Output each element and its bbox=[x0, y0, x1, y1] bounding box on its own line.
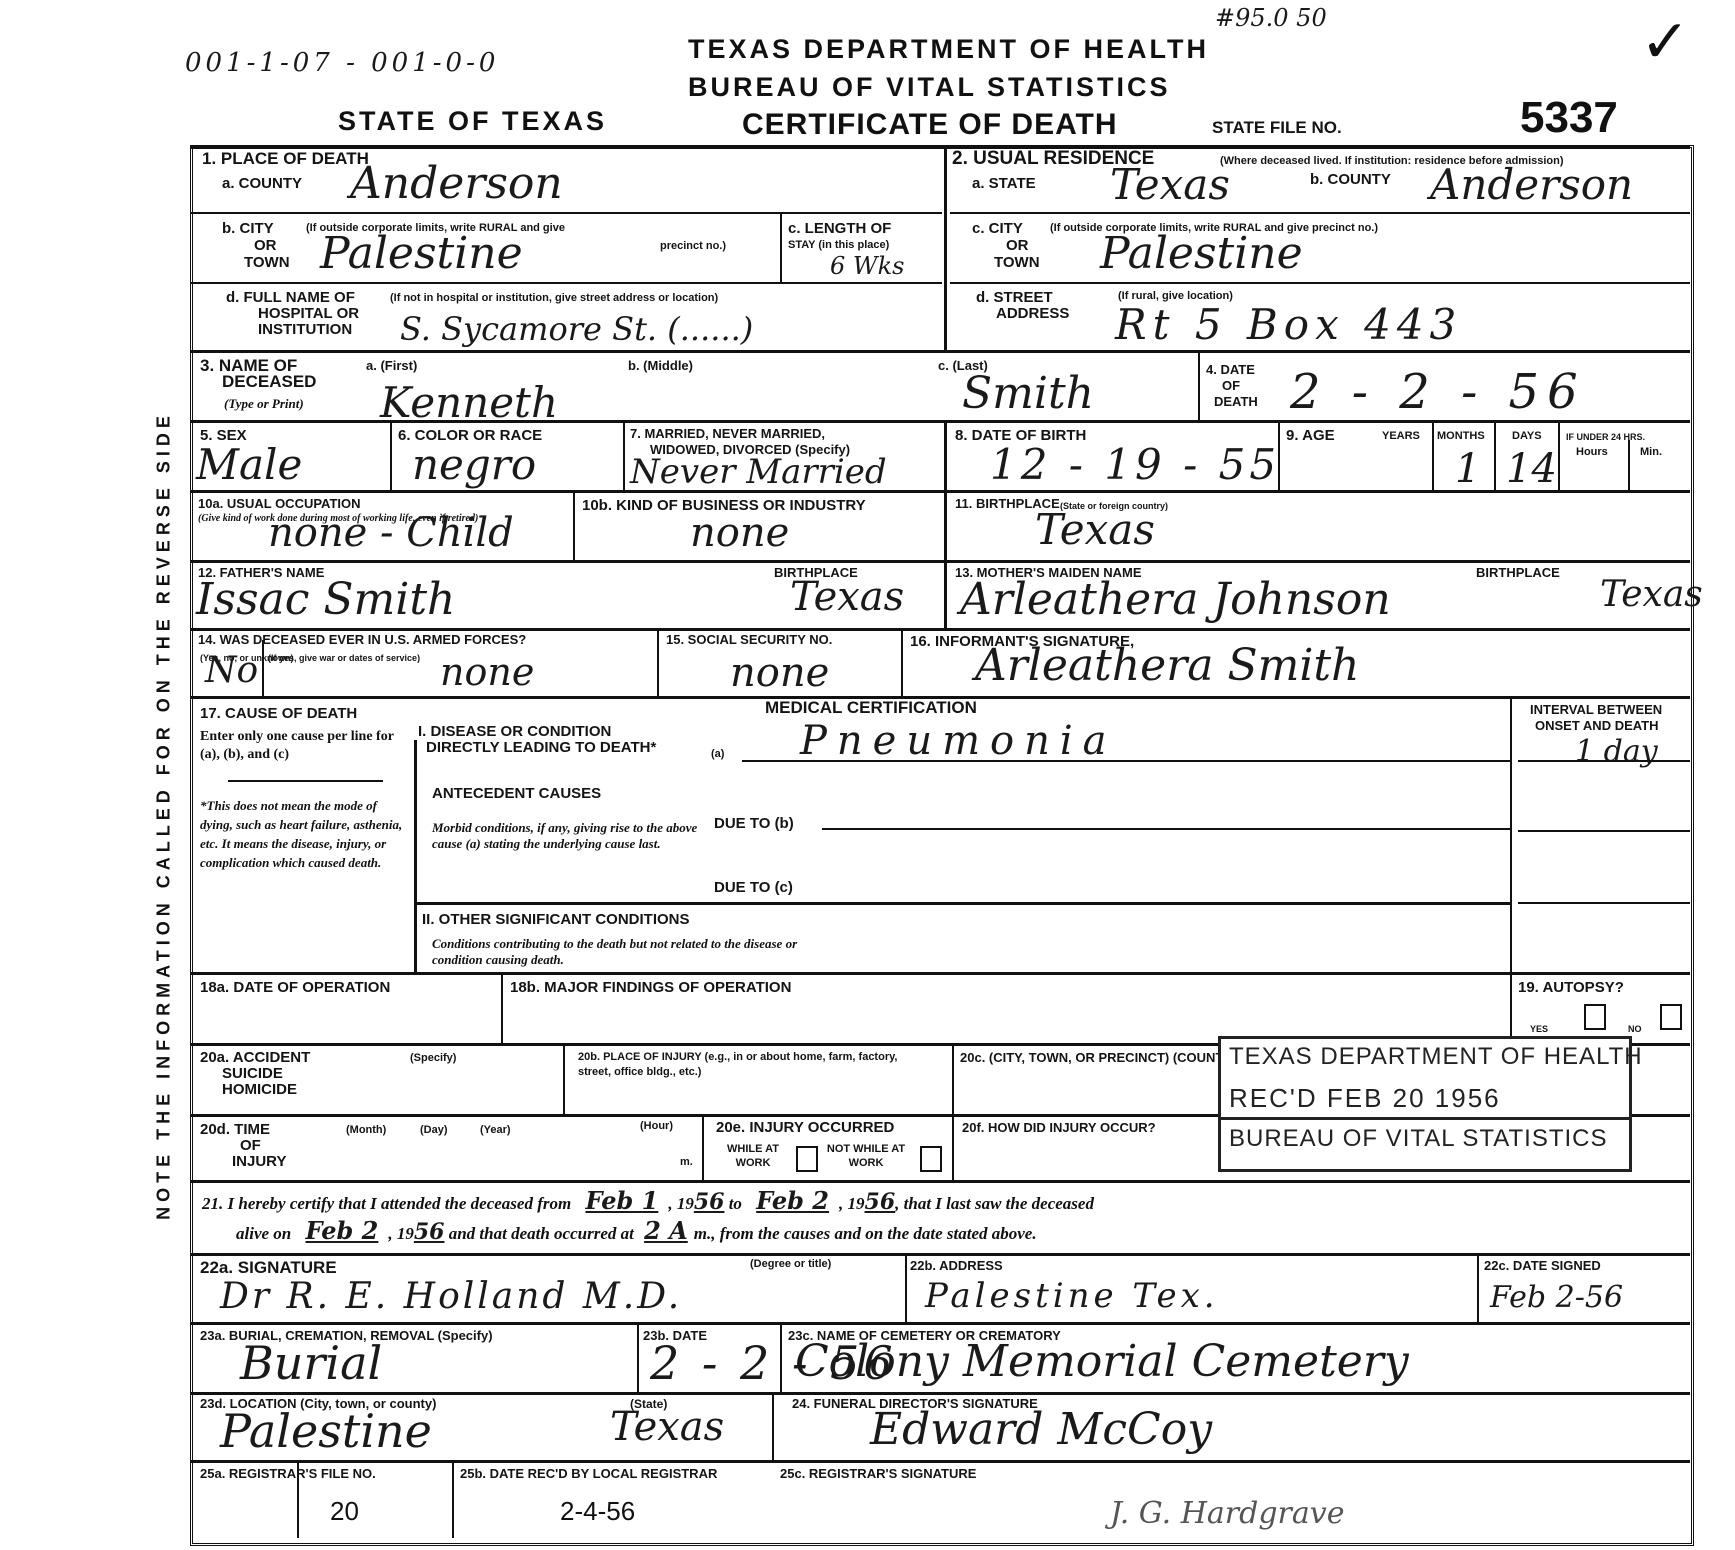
injury-type-specify: (Specify) bbox=[410, 1052, 456, 1064]
hospital-value[interactable]: S. Sycamore St. (......) bbox=[400, 310, 753, 348]
age-days-value[interactable]: 14 bbox=[1506, 446, 1557, 492]
injury-type-label-2: SUICIDE bbox=[222, 1066, 283, 1081]
armed-forces-note-2: (If yes, give war or dates of service) bbox=[268, 651, 420, 666]
street-address-value[interactable]: Rt 5 Box 443 bbox=[1115, 300, 1462, 349]
autopsy-yes-label: YES bbox=[1530, 1022, 1548, 1037]
deceased-label-1: 3. NAME OF bbox=[200, 358, 297, 373]
autopsy-no-checkbox[interactable] bbox=[1660, 1004, 1682, 1030]
year-prefix-2: , 19 bbox=[839, 1194, 865, 1213]
not-while-at-work-label: NOT WHILE AT WORK bbox=[826, 1142, 906, 1170]
check-mark-icon: ✓ bbox=[1640, 12, 1690, 72]
death-county-value[interactable]: Anderson bbox=[350, 158, 563, 209]
residence-county-label: b. COUNTY bbox=[1310, 172, 1391, 187]
disease-condition-label-1: I. DISEASE OR CONDITION bbox=[418, 724, 611, 739]
interval-label-2: ONSET AND DEATH bbox=[1535, 720, 1659, 732]
first-name-value[interactable]: Kenneth bbox=[380, 378, 558, 427]
state-heading: STATE OF TEXAS bbox=[338, 106, 607, 136]
date-of-death-label-1: 4. DATE bbox=[1206, 364, 1255, 376]
autopsy-yes-checkbox[interactable] bbox=[1584, 1004, 1606, 1030]
ssn-label: 15. SOCIAL SECURITY NO. bbox=[666, 634, 832, 646]
war-service-value[interactable]: none bbox=[440, 650, 534, 694]
residence-city-label: c. CITY bbox=[972, 221, 1023, 236]
death-city-value[interactable]: Palestine bbox=[320, 228, 523, 279]
address-label: 22b. ADDRESS bbox=[910, 1260, 1003, 1272]
autopsy-no-label: NO bbox=[1628, 1022, 1642, 1037]
certify-text-5: m., from the causes and on the date stat… bbox=[694, 1224, 1037, 1243]
hospital-note: (If not in hospital or institution, give… bbox=[390, 292, 718, 304]
ssn-value[interactable]: none bbox=[730, 650, 829, 696]
injury-m-label: m. bbox=[680, 1156, 693, 1168]
disposition-value[interactable]: Burial bbox=[240, 1336, 382, 1390]
first-name-label: a. (First) bbox=[366, 360, 417, 372]
sex-value[interactable]: Male bbox=[196, 440, 302, 489]
cause-footnote: *This does not mean the mode of dying, s… bbox=[200, 796, 405, 872]
marital-label-1: 7. MARRIED, NEVER MARRIED, bbox=[630, 428, 825, 440]
mother-name-value[interactable]: Arleathera Johnson bbox=[960, 574, 1391, 625]
physician-address[interactable]: Palestine Tex. bbox=[925, 1276, 1219, 1316]
certify-text-1: 21. I hereby certify that I attended the… bbox=[202, 1194, 571, 1213]
injury-month-label: (Month) bbox=[346, 1124, 386, 1136]
hospital-label-3: INSTITUTION bbox=[258, 322, 352, 337]
injury-time-label-1: 20d. TIME bbox=[200, 1122, 270, 1137]
agency-line-2: BUREAU OF VITAL STATISTICS bbox=[688, 72, 1171, 102]
armed-forces-label: 14. WAS DECEASED EVER IN U.S. ARMED FORC… bbox=[198, 634, 526, 646]
while-at-work-label: WHILE AT WORK bbox=[718, 1142, 788, 1170]
attended-to-year[interactable]: 56 bbox=[865, 1189, 896, 1215]
physician-signature[interactable]: Dr R. E. Holland M.D. bbox=[220, 1276, 682, 1317]
hospital-label-2: HOSPITAL OR bbox=[258, 306, 359, 321]
age-label: 9. AGE bbox=[1286, 428, 1335, 443]
stamp-line-1: TEXAS DEPARTMENT OF HEALTH bbox=[1229, 1043, 1643, 1071]
injury-type-label-1: 20a. ACCIDENT bbox=[200, 1050, 310, 1065]
age-months-value[interactable]: 1 bbox=[1455, 446, 1480, 492]
residence-city-town: TOWN bbox=[994, 255, 1040, 270]
antecedent-causes-label: ANTECEDENT CAUSES bbox=[432, 786, 601, 801]
hospital-label-1: d. FULL NAME OF bbox=[226, 290, 355, 305]
registrar-file-value[interactable]: 20 bbox=[330, 1496, 359, 1527]
injury-hour-label: (Hour) bbox=[640, 1120, 673, 1132]
disease-condition-label-2: DIRECTLY LEADING TO DEATH* bbox=[426, 740, 656, 755]
residence-county-value[interactable]: Anderson bbox=[1430, 160, 1633, 209]
other-conditions-note: Conditions contributing to the death but… bbox=[432, 936, 832, 968]
degree-label: (Degree or title) bbox=[750, 1258, 831, 1270]
burial-state-value[interactable]: Texas bbox=[610, 1404, 724, 1450]
document-title: CERTIFICATE OF DEATH bbox=[742, 108, 1118, 142]
deceased-label-3: (Type or Print) bbox=[224, 395, 304, 412]
state-file-label: STATE FILE NO. bbox=[1212, 120, 1342, 135]
business-value[interactable]: none bbox=[690, 510, 789, 556]
last-seen-year[interactable]: 56 bbox=[414, 1219, 445, 1245]
injury-time-label-2: OF bbox=[240, 1138, 261, 1153]
registrar-signature[interactable]: J. G. Hardgrave bbox=[1110, 1496, 1344, 1531]
mother-birthplace-value[interactable]: Texas bbox=[1600, 574, 1703, 615]
armed-forces-value[interactable]: No bbox=[205, 650, 258, 691]
state-file-number: 5337 bbox=[1520, 94, 1618, 142]
age-years-label: YEARS bbox=[1382, 430, 1420, 442]
registrar-file-label: 25a. REGISTRAR'S FILE NO. bbox=[200, 1468, 376, 1480]
how-injury-label: 20f. HOW DID INJURY OCCUR? bbox=[962, 1122, 1156, 1134]
occupation-label: 10a. USUAL OCCUPATION bbox=[198, 498, 361, 510]
length-of-stay-label: c. LENGTH OF bbox=[788, 221, 891, 236]
death-city-note-2: precinct no.) bbox=[660, 240, 726, 252]
death-city-or: OR bbox=[254, 238, 277, 253]
birthplace-value[interactable]: Texas bbox=[1035, 505, 1155, 554]
attended-from-date[interactable]: Feb 1 bbox=[575, 1186, 668, 1215]
date-received-value[interactable]: 2-4-56 bbox=[560, 1496, 635, 1527]
certify-line-2: alive on Feb 2, 1956 and that death occu… bbox=[236, 1222, 1037, 1242]
under-24-label: IF UNDER 24 HRS. bbox=[1566, 430, 1645, 445]
date-of-death-label-3: DEATH bbox=[1214, 396, 1258, 408]
father-name-value[interactable]: Issac Smith bbox=[196, 574, 455, 625]
file-annotation-right: #95.0 50 bbox=[1215, 4, 1327, 32]
agency-line-1: TEXAS DEPARTMENT OF HEALTH bbox=[688, 34, 1209, 64]
not-while-at-work-checkbox[interactable] bbox=[920, 1146, 942, 1172]
death-city-label: b. CITY bbox=[222, 221, 274, 236]
residence-state-label: a. STATE bbox=[972, 176, 1036, 191]
interval-label-1: INTERVAL BETWEEN bbox=[1530, 704, 1662, 716]
while-at-work-checkbox[interactable] bbox=[796, 1146, 818, 1172]
last-name-value[interactable]: Smith bbox=[962, 368, 1094, 419]
age-months-label: MONTHS bbox=[1437, 430, 1485, 442]
certify-line-1: 21. I hereby certify that I attended the… bbox=[202, 1192, 1094, 1212]
received-stamp: TEXAS DEPARTMENT OF HEALTH REC'D FEB 20 … bbox=[1218, 1036, 1632, 1172]
other-conditions-label: II. OTHER SIGNIFICANT CONDITIONS bbox=[422, 912, 690, 927]
cause-of-death-label: 17. CAUSE OF DEATH bbox=[200, 706, 357, 721]
medical-certification-heading: MEDICAL CERTIFICATION bbox=[765, 700, 977, 715]
length-of-stay-label-2: STAY (in this place) bbox=[788, 239, 889, 251]
cause-a-value[interactable]: Pneumonia bbox=[800, 718, 1117, 764]
funeral-director-signature[interactable]: Edward McCoy bbox=[870, 1404, 1212, 1455]
residence-city-value[interactable]: Palestine bbox=[1100, 228, 1303, 279]
burial-location-value[interactable]: Palestine bbox=[220, 1404, 432, 1458]
residence-city-or: OR bbox=[1006, 238, 1029, 253]
year-prefix-1: , 19 bbox=[668, 1194, 694, 1213]
father-birthplace-value[interactable]: Texas bbox=[790, 574, 904, 620]
death-time[interactable]: 2 A bbox=[638, 1216, 694, 1245]
to-word: to bbox=[729, 1194, 742, 1213]
middle-name-label: b. (Middle) bbox=[628, 360, 693, 372]
street-address-label-1: d. STREET bbox=[976, 290, 1053, 305]
date-signed-label: 22c. DATE SIGNED bbox=[1484, 1260, 1601, 1272]
death-city-town: TOWN bbox=[244, 255, 290, 270]
certify-text-3: alive on bbox=[236, 1224, 291, 1243]
injury-year-label: (Year) bbox=[480, 1124, 511, 1136]
injury-type-label-3: HOMICIDE bbox=[222, 1082, 297, 1097]
due-to-b-label: DUE TO (b) bbox=[714, 816, 794, 831]
place-of-death-label: 1. PLACE OF DEATH bbox=[202, 151, 369, 166]
injury-time-label-3: INJURY bbox=[232, 1154, 286, 1169]
certify-text-2: , that I last saw the deceased bbox=[895, 1194, 1094, 1213]
interval-a-value[interactable]: 1 day bbox=[1575, 734, 1658, 769]
residence-state-value[interactable]: Texas bbox=[1110, 160, 1230, 209]
certify-text-4: and that death occurred at bbox=[449, 1224, 634, 1243]
last-seen-date[interactable]: Feb 2 bbox=[296, 1216, 389, 1245]
cause-instructions: Enter only one cause per line for (a), (… bbox=[200, 728, 405, 764]
street-address-label-2: ADDRESS bbox=[996, 306, 1069, 321]
stamp-line-3: BUREAU OF VITAL STATISTICS bbox=[1229, 1125, 1608, 1153]
injury-occurred-label: 20e. INJURY OCCURRED bbox=[716, 1120, 894, 1135]
occupation-value[interactable]: none - Child bbox=[268, 510, 514, 556]
date-of-death-value[interactable]: 2 - 2 - 56 bbox=[1290, 364, 1586, 420]
mother-birthplace-label: BIRTHPLACE bbox=[1476, 567, 1560, 579]
date-received-label: 25b. DATE REC'D BY LOCAL REGISTRAR bbox=[460, 1468, 717, 1480]
date-of-death-label-2: OF bbox=[1222, 380, 1240, 392]
injury-place-label: 20b. PLACE OF INJURY (e.g., in or about … bbox=[578, 1050, 908, 1080]
death-county-label: a. COUNTY bbox=[222, 176, 302, 191]
age-days-label: DAYS bbox=[1512, 430, 1542, 442]
cemetery-value[interactable]: Colony Memorial Cemetery bbox=[795, 1336, 1409, 1387]
attended-from-year[interactable]: 56 bbox=[694, 1189, 725, 1215]
race-value[interactable]: negro bbox=[412, 440, 536, 489]
antecedent-note: Morbid conditions, if any, giving rise t… bbox=[432, 820, 712, 852]
due-to-c-label: DUE TO (c) bbox=[714, 880, 793, 895]
reverse-side-note: NOTE THE INFORMATION CALLED FOR ON THE R… bbox=[154, 366, 175, 1266]
hours-label: Hours bbox=[1576, 446, 1608, 458]
length-of-stay-value[interactable]: 6 Wks bbox=[830, 252, 904, 280]
autopsy-label: 19. AUTOPSY? bbox=[1518, 980, 1624, 995]
dob-value[interactable]: 12 - 19 - 55 bbox=[990, 440, 1280, 489]
file-annotation-left: 001-1-07 - 001-0-0 bbox=[185, 48, 499, 78]
marital-value[interactable]: Never Married bbox=[630, 452, 887, 492]
informant-signature[interactable]: Arleathera Smith bbox=[975, 640, 1359, 691]
deceased-label-2: DECEASED bbox=[222, 374, 316, 389]
operation-findings-label: 18b. MAJOR FINDINGS OF OPERATION bbox=[510, 980, 791, 995]
signature-label: 22a. SIGNATURE bbox=[200, 1260, 337, 1275]
injury-day-label: (Day) bbox=[420, 1124, 448, 1136]
year-prefix-3: , 19 bbox=[388, 1224, 414, 1243]
minutes-label: Min. bbox=[1640, 446, 1662, 458]
attended-to-date[interactable]: Feb 2 bbox=[746, 1186, 839, 1215]
registrar-signature-label: 25c. REGISTRAR'S SIGNATURE bbox=[780, 1468, 976, 1480]
date-signed-value[interactable]: Feb 2-56 bbox=[1490, 1280, 1623, 1315]
operation-date-label: 18a. DATE OF OPERATION bbox=[200, 980, 390, 995]
cause-a-marker: (a) bbox=[711, 748, 724, 760]
stamp-line-2: REC'D FEB 20 1956 bbox=[1229, 1083, 1501, 1114]
